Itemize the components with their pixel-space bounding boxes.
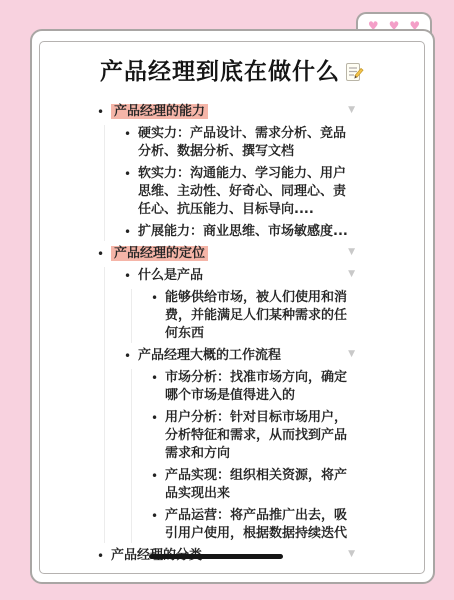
outline-row[interactable]: •产品经理的定位▼ <box>97 245 351 263</box>
outline-text: 能够供给市场，被人们使用和消费，并能满足人们某种需求的任何东西 <box>165 289 351 343</box>
page-title: 产品经理到底在做什么 <box>40 53 424 88</box>
memo-icon <box>344 62 364 88</box>
bullet-icon: • <box>124 267 138 285</box>
outline-text: 产品实现：组织相关资源，将产品实现出来 <box>165 467 351 503</box>
outline-text: 软实力：沟通能力、学习能力、用户思维、主动性、好奇心、同理心、责任心、抗压能力、… <box>138 165 351 219</box>
outline-item: •产品实现：组织相关资源，将产品实现出来 <box>151 467 351 503</box>
highlighted-text: 产品经理的定位 <box>111 246 208 261</box>
plain-text: 扩展能力：商业思维、市场敏感度... <box>138 224 348 239</box>
outline-row[interactable]: •市场分析：找准市场方向，确定哪个市场是值得进入的 <box>151 369 351 405</box>
note-page: 产品经理到底在做什么 •产品经理的能力▼•硬实力：产品设计、需求分析、竞品分析、… <box>39 41 425 574</box>
outline-root: •产品经理的能力▼•硬实力：产品设计、需求分析、竞品分析、数据分析、撰写文档•软… <box>97 103 351 565</box>
plain-text: 产品实现：组织相关资源，将产品实现出来 <box>165 468 347 501</box>
outline-item: •产品经理的能力▼•硬实力：产品设计、需求分析、竞品分析、数据分析、撰写文档•软… <box>97 103 351 241</box>
outline-item: •产品运营：将产品推广出去，吸引用户使用，根据数据持续迭代 <box>151 507 351 543</box>
outline-row[interactable]: •产品运营：将产品推广出去，吸引用户使用，根据数据持续迭代 <box>151 507 351 543</box>
outline-row[interactable]: •产品经理大概的工作流程▼ <box>124 347 351 365</box>
page-title-text: 产品经理到底在做什么 <box>100 59 340 85</box>
plain-text: 能够供给市场，被人们使用和消费，并能满足人们某种需求的任何东西 <box>165 290 347 341</box>
outline-row[interactable]: •什么是产品▼ <box>124 267 351 285</box>
collapse-arrow-icon[interactable]: ▼ <box>348 270 355 279</box>
bullet-icon: • <box>97 547 111 565</box>
collapse-arrow-icon[interactable]: ▼ <box>348 106 355 115</box>
outline-item: •产品经理的分类▼ <box>97 547 351 565</box>
outline-children: •什么是产品▼•能够供给市场，被人们使用和消费，并能满足人们某种需求的任何东西•… <box>104 267 351 543</box>
outline-text: 产品经理的能力 <box>111 103 351 121</box>
outline-children: •硬实力：产品设计、需求分析、竞品分析、数据分析、撰写文档•软实力：沟通能力、学… <box>104 125 351 241</box>
bullet-icon: • <box>124 165 138 219</box>
bullet-icon: • <box>151 409 165 463</box>
collapse-arrow-icon[interactable]: ▼ <box>348 550 355 559</box>
collapse-arrow-icon[interactable]: ▼ <box>348 248 355 257</box>
outline-item: •用户分析：针对目标市场用户，分析特征和需求，从而找到产品需求和方向 <box>151 409 351 463</box>
bullet-icon: • <box>151 507 165 543</box>
outline-item: •产品经理大概的工作流程▼•市场分析：找准市场方向，确定哪个市场是值得进入的•用… <box>124 347 351 543</box>
outline-row[interactable]: •硬实力：产品设计、需求分析、竞品分析、数据分析、撰写文档 <box>124 125 351 161</box>
outline-text: 扩展能力：商业思维、市场敏感度... <box>138 223 351 241</box>
bullet-icon: • <box>124 347 138 365</box>
outline-item: •软实力：沟通能力、学习能力、用户思维、主动性、好奇心、同理心、责任心、抗压能力… <box>124 165 351 219</box>
plain-text: 产品经理大概的工作流程 <box>138 348 281 363</box>
outline-text: 产品经理的分类 <box>111 547 351 565</box>
outline-item: •市场分析：找准市场方向，确定哪个市场是值得进入的 <box>151 369 351 405</box>
note-screenshot: { "page": { "title": "产品经理到底在做什么" }, "ta… <box>0 0 454 600</box>
bullet-icon: • <box>97 245 111 263</box>
outline-item: •产品经理的定位▼•什么是产品▼•能够供给市场，被人们使用和消费，并能满足人们某… <box>97 245 351 543</box>
outline-row[interactable]: •用户分析：针对目标市场用户，分析特征和需求，从而找到产品需求和方向 <box>151 409 351 463</box>
outline-children: •市场分析：找准市场方向，确定哪个市场是值得进入的•用户分析：针对目标市场用户，… <box>131 369 351 543</box>
outline-row[interactable]: •产品实现：组织相关资源，将产品实现出来 <box>151 467 351 503</box>
outline-row[interactable]: •产品经理的分类▼ <box>97 547 351 565</box>
bullet-icon: • <box>151 467 165 503</box>
outline-row[interactable]: •产品经理的能力▼ <box>97 103 351 121</box>
bullet-icon: • <box>151 369 165 405</box>
bullet-icon: • <box>151 289 165 343</box>
plain-text: 市场分析：找准市场方向，确定哪个市场是值得进入的 <box>165 370 347 403</box>
outline-children: •能够供给市场，被人们使用和消费，并能满足人们某种需求的任何东西 <box>131 289 351 343</box>
outline-text: 硬实力：产品设计、需求分析、竞品分析、数据分析、撰写文档 <box>138 125 351 161</box>
bullet-icon: • <box>97 103 111 121</box>
plain-text: 产品运营：将产品推广出去，吸引用户使用，根据数据持续迭代 <box>165 508 347 541</box>
outline-item: •硬实力：产品设计、需求分析、竞品分析、数据分析、撰写文档 <box>124 125 351 161</box>
outline-item: •什么是产品▼•能够供给市场，被人们使用和消费，并能满足人们某种需求的任何东西 <box>124 267 351 343</box>
outline-text: 产品经理的定位 <box>111 245 351 263</box>
bullet-icon: • <box>124 223 138 241</box>
plain-text: 什么是产品 <box>138 268 203 283</box>
plain-text: 硬实力：产品设计、需求分析、竞品分析、数据分析、撰写文档 <box>138 126 346 159</box>
outline-text: 什么是产品 <box>138 267 351 285</box>
outline-row[interactable]: •扩展能力：商业思维、市场敏感度... <box>124 223 351 241</box>
scribble-strikethrough <box>149 554 283 559</box>
outline-row[interactable]: •软实力：沟通能力、学习能力、用户思维、主动性、好奇心、同理心、责任心、抗压能力… <box>124 165 351 219</box>
plain-text: 用户分析：针对目标市场用户，分析特征和需求，从而找到产品需求和方向 <box>165 410 347 461</box>
outline-text: 产品运营：将产品推广出去，吸引用户使用，根据数据持续迭代 <box>165 507 351 543</box>
outline-text: 产品经理大概的工作流程 <box>138 347 351 365</box>
collapse-arrow-icon[interactable]: ▼ <box>348 350 355 359</box>
note-card: 产品经理到底在做什么 •产品经理的能力▼•硬实力：产品设计、需求分析、竞品分析、… <box>30 29 435 584</box>
outline-row[interactable]: •能够供给市场，被人们使用和消费，并能满足人们某种需求的任何东西 <box>151 289 351 343</box>
bullet-icon: • <box>124 125 138 161</box>
outline-text: 用户分析：针对目标市场用户，分析特征和需求，从而找到产品需求和方向 <box>165 409 351 463</box>
outline-text: 市场分析：找准市场方向，确定哪个市场是值得进入的 <box>165 369 351 405</box>
highlighted-text: 产品经理的能力 <box>111 104 208 119</box>
plain-text: 软实力：沟通能力、学习能力、用户思维、主动性、好奇心、同理心、责任心、抗压能力、… <box>138 166 346 217</box>
outline-item: •扩展能力：商业思维、市场敏感度... <box>124 223 351 241</box>
outline-item: •能够供给市场，被人们使用和消费，并能满足人们某种需求的任何东西 <box>151 289 351 343</box>
